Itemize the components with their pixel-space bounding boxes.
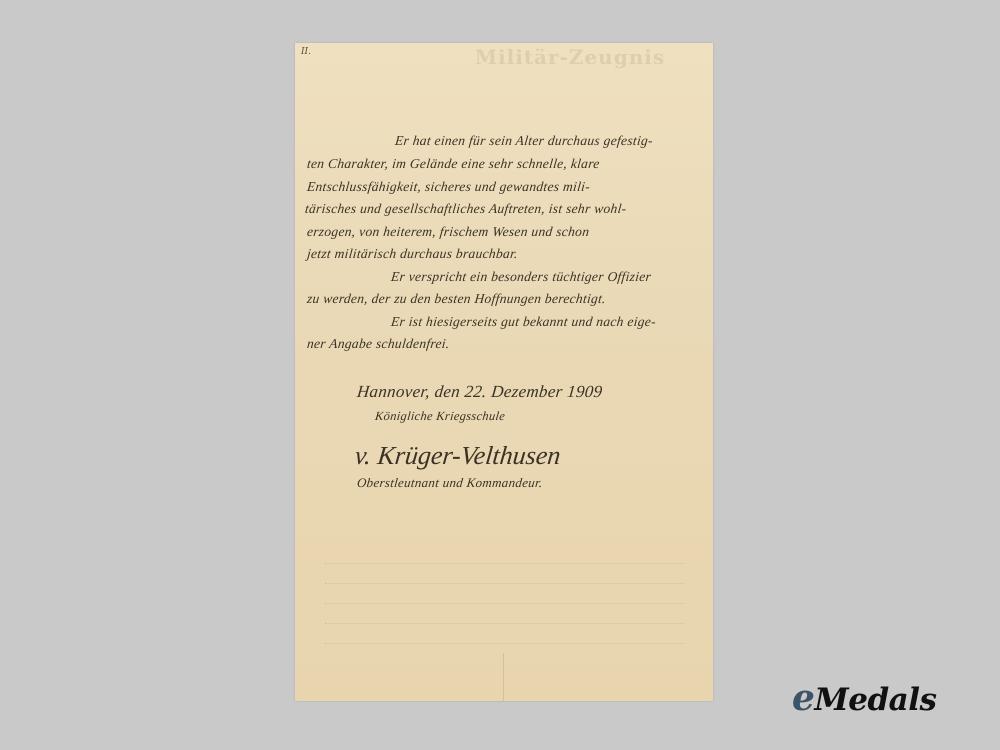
logo-e: e [792, 677, 814, 719]
body-line-2: ten Charakter, im Gelände eine sehr schn… [306, 156, 600, 172]
document-page: II. Militär-Zeugnis Er hat einen für sei… [295, 43, 713, 701]
reverse-bleed-line [325, 643, 685, 645]
reverse-bleed-line [325, 603, 685, 605]
body-line-4: tärisches und gesellschaftliches Auftret… [304, 201, 627, 217]
institution: Königliche Kriegsschule [374, 409, 506, 424]
logo-text: Medals [814, 682, 936, 718]
reverse-bleed-line [325, 563, 685, 565]
emedals-logo: eMedals [792, 677, 936, 719]
reverse-bleed-line [325, 623, 685, 625]
signature: v. Krüger-Velthusen [353, 441, 562, 471]
faint-letterhead-showthrough: Militär-Zeugnis [445, 45, 695, 69]
place-date: Hannover, den 22. Dezember 1909 [356, 382, 603, 402]
reverse-bleed-line [325, 583, 685, 585]
body-line-1: Er hat einen für sein Alter durchaus gef… [394, 133, 654, 149]
body-line-9: Er ist hiesigerseits gut bekannt und nac… [390, 314, 657, 330]
body-line-3: Entschlussfähigkeit, sicheres und gewand… [306, 179, 591, 195]
rank-title: Oberstleutnant und Kommandeur. [356, 475, 543, 491]
body-line-10: ner Angabe schuldenfrei. [306, 336, 450, 352]
page-number: II. [301, 47, 311, 57]
body-line-7: Er verspricht ein besonders tüchtiger Of… [390, 269, 652, 285]
body-line-5: erzogen, von heiterem, frischem Wesen un… [306, 224, 590, 240]
body-line-6: jetzt militärisch durchaus brauchbar. [306, 246, 519, 262]
body-line-8: zu werden, der zu den besten Hoffnungen … [306, 291, 607, 307]
paper-fold [503, 653, 504, 701]
